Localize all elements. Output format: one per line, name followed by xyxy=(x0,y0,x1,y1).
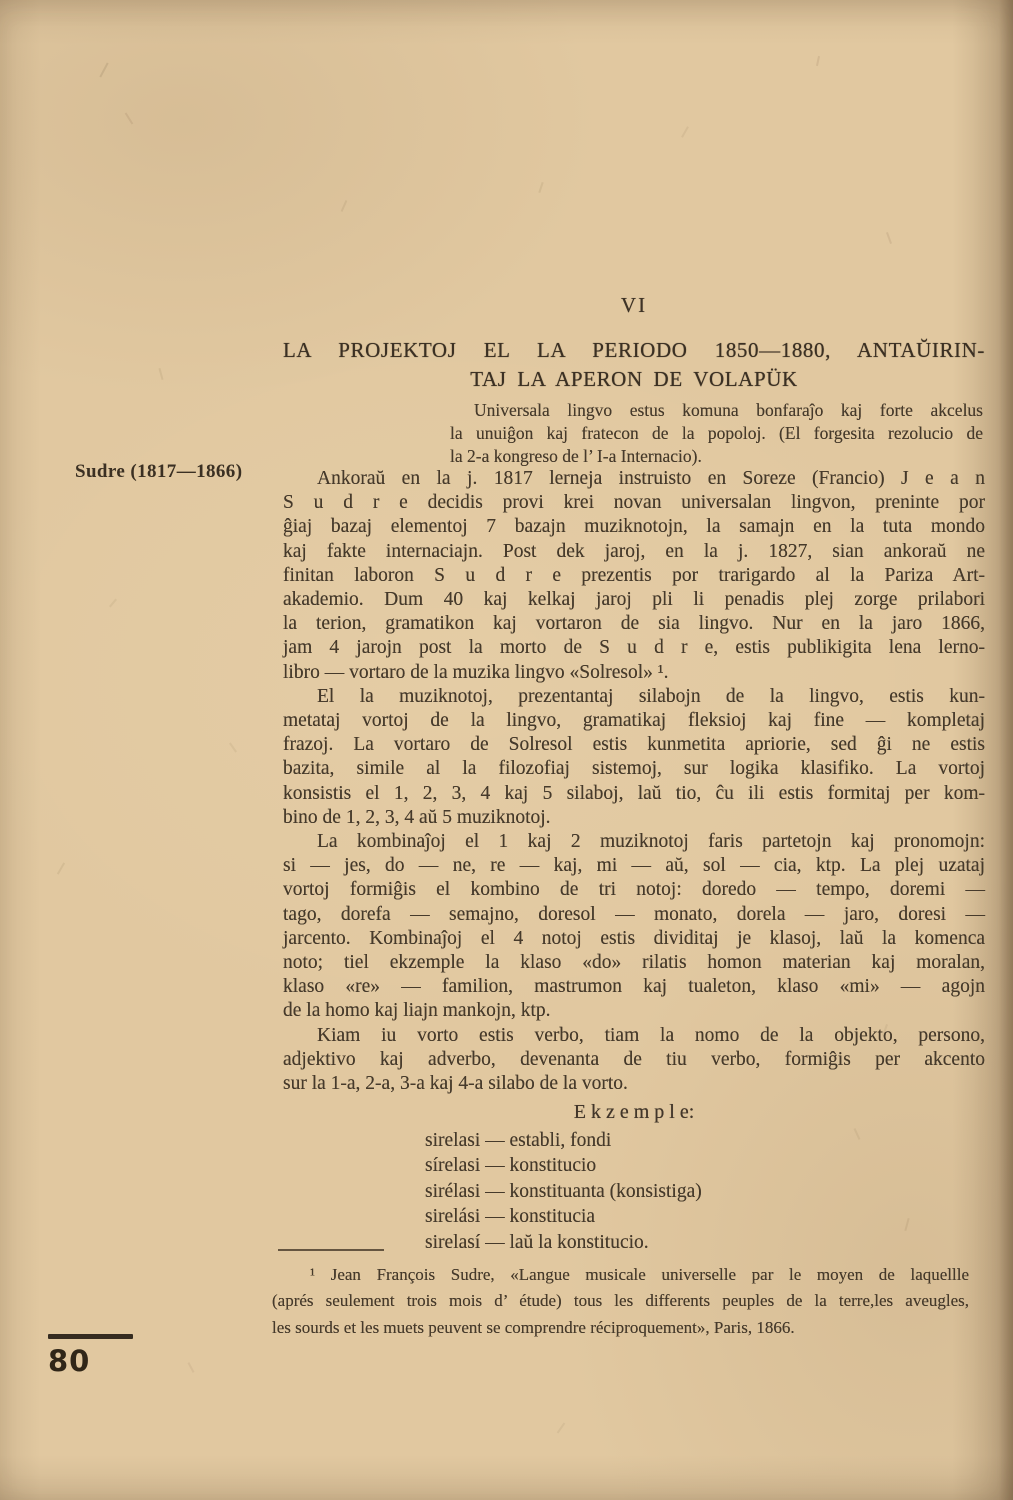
text-line: la terion, gramatikon kaj vortaron de si… xyxy=(283,612,985,636)
article-title: LA PROJEKTOJ EL LA PERIODO 1850—1880, AN… xyxy=(283,336,985,394)
text-line: El la muziknotoj, prezentantaj silabojn … xyxy=(283,685,985,709)
text-line: adjektivo kaj adverbo, devenanta de tiu … xyxy=(283,1048,985,1072)
text-line: bazita, simile al la filozofiaj sistemoj… xyxy=(283,757,985,781)
footnote-line: (aprés seulement trois mois d’ étude) to… xyxy=(272,1288,969,1314)
text-line: finitan laboron S u d r e prezentis por … xyxy=(283,564,985,588)
epigraph: Universala lingvo estus komuna bonfaraĵo… xyxy=(450,399,983,468)
text-line: Ankoraŭ en la j. 1817 lerneja instruisto… xyxy=(283,467,985,491)
text-line: La kombinaĵoj el 1 kaj 2 muziknotoj fari… xyxy=(283,830,985,854)
text-line: jam 4 jarojn post la morto de S u d r e,… xyxy=(283,636,985,660)
examples-heading: E k z e m p l e: xyxy=(283,1101,985,1124)
paragraph: Ankoraŭ en la j. 1817 lerneja instruisto… xyxy=(283,467,985,685)
text-line: S u d r e decidis provi krei novan unive… xyxy=(283,491,985,515)
paper-mark xyxy=(557,1423,566,1434)
paper-mark xyxy=(341,200,348,212)
body-text: Ankoraŭ en la j. 1817 lerneja instruisto… xyxy=(283,467,985,1096)
paper-mark xyxy=(125,112,134,124)
paper-mark xyxy=(538,182,543,193)
text-line: klaso «re» — familion, mastrumon kaj tua… xyxy=(283,975,985,999)
paper-mark xyxy=(188,1362,195,1373)
example-line: sirelasí — laŭ la konstitucio. xyxy=(425,1230,985,1255)
text-line: metataj vortoj de la lingvo, gramatikaj … xyxy=(283,709,985,733)
text-line: frazoj. La vortaro de Solresol estis kun… xyxy=(283,733,985,757)
example-line: sirelási — konstitucia xyxy=(425,1204,985,1229)
footnote-line: ¹ Jean François Sudre, «Langue musicale … xyxy=(272,1262,969,1288)
paper-mark xyxy=(158,368,163,380)
footnote: ¹ Jean François Sudre, «Langue musicale … xyxy=(272,1262,969,1341)
text-line: vortoj formiĝis el kombino de tri notoj:… xyxy=(283,878,985,902)
paper-mark xyxy=(229,742,237,752)
margin-note: Sudre (1817—1866) xyxy=(75,461,275,483)
epigraph-line: Universala lingvo estus komuna bonfaraĵo… xyxy=(450,399,983,422)
text-line: Kiam iu vorto estis verbo, tiam la nomo … xyxy=(283,1024,985,1048)
text-line: tago, dorefa — semajno, doresol — monato… xyxy=(283,903,985,927)
text-line: jarcento. Kombinaĵoj el 4 notoj estis di… xyxy=(283,927,985,951)
footer-bar xyxy=(48,1334,133,1339)
footnote-line: les sourds et les muets peuvent se compr… xyxy=(272,1315,969,1341)
paper-mark xyxy=(681,126,689,137)
book-page: VI LA PROJEKTOJ EL LA PERIODO 1850—1880,… xyxy=(0,0,1013,1500)
paragraph: Kiam iu vorto estis verbo, tiam la nomo … xyxy=(283,1024,985,1097)
text-line: akademio. Dum 40 kaj kelkaj jaroj pli li… xyxy=(283,588,985,612)
text-line: sur la 1-a, 2-a, 3-a kaj 4-a silabo de l… xyxy=(283,1072,985,1096)
title-line: LA PROJEKTOJ EL LA PERIODO 1850—1880, AN… xyxy=(283,336,985,365)
text-line: bino de 1, 2, 3, 4 aŭ 5 muziknotoj. xyxy=(283,806,985,830)
paper-mark xyxy=(816,56,820,66)
paper-mark xyxy=(99,62,108,77)
paper-mark xyxy=(57,862,65,874)
text-line: noto; tiel ekzemple la klaso «do» rilati… xyxy=(283,951,985,975)
title-line: TAJ LA APERON DE VOLAPÜK xyxy=(283,365,985,394)
chapter-number: VI xyxy=(283,293,985,318)
text-line: ĝiaj bazaj elementoj 7 bazajn muziknotoj… xyxy=(283,515,985,539)
paragraph: El la muziknotoj, prezentantaj silabojn … xyxy=(283,685,985,830)
epigraph-line: la unuiĝon kaj fratecon de la popoloj. (… xyxy=(450,422,983,445)
examples-list: sirelasi — establi, fondi sírelasi — kon… xyxy=(425,1128,985,1255)
paper-mark xyxy=(109,599,117,608)
example-line: sírelasi — konstitucio xyxy=(425,1153,985,1178)
text-line: kaj fakte internaciajn. Post dek jaroj, … xyxy=(283,540,985,564)
example-line: sirelasi — establi, fondi xyxy=(425,1128,985,1153)
page-number: 80 xyxy=(48,1344,90,1378)
text-line: konsistis el 1, 2, 3, 4 kaj 5 silaboj, l… xyxy=(283,782,985,806)
example-line: sirélasi — konstituanta (konsistiga) xyxy=(425,1179,985,1204)
paragraph: La kombinaĵoj el 1 kaj 2 muziknotoj fari… xyxy=(283,830,985,1024)
text-line: de la homo kaj liajn mankojn, ktp. xyxy=(283,999,985,1023)
text-line: libro — vortaro de la muzika lingvo «Sol… xyxy=(283,661,985,685)
footnote-separator xyxy=(278,1249,384,1251)
text-line: si — jes, do — ne, re — kaj, mi — aŭ, so… xyxy=(283,854,985,878)
epigraph-line: la 2-a kongreso de l’ I-a Internacio). xyxy=(450,445,983,468)
paper-mark xyxy=(886,232,892,244)
